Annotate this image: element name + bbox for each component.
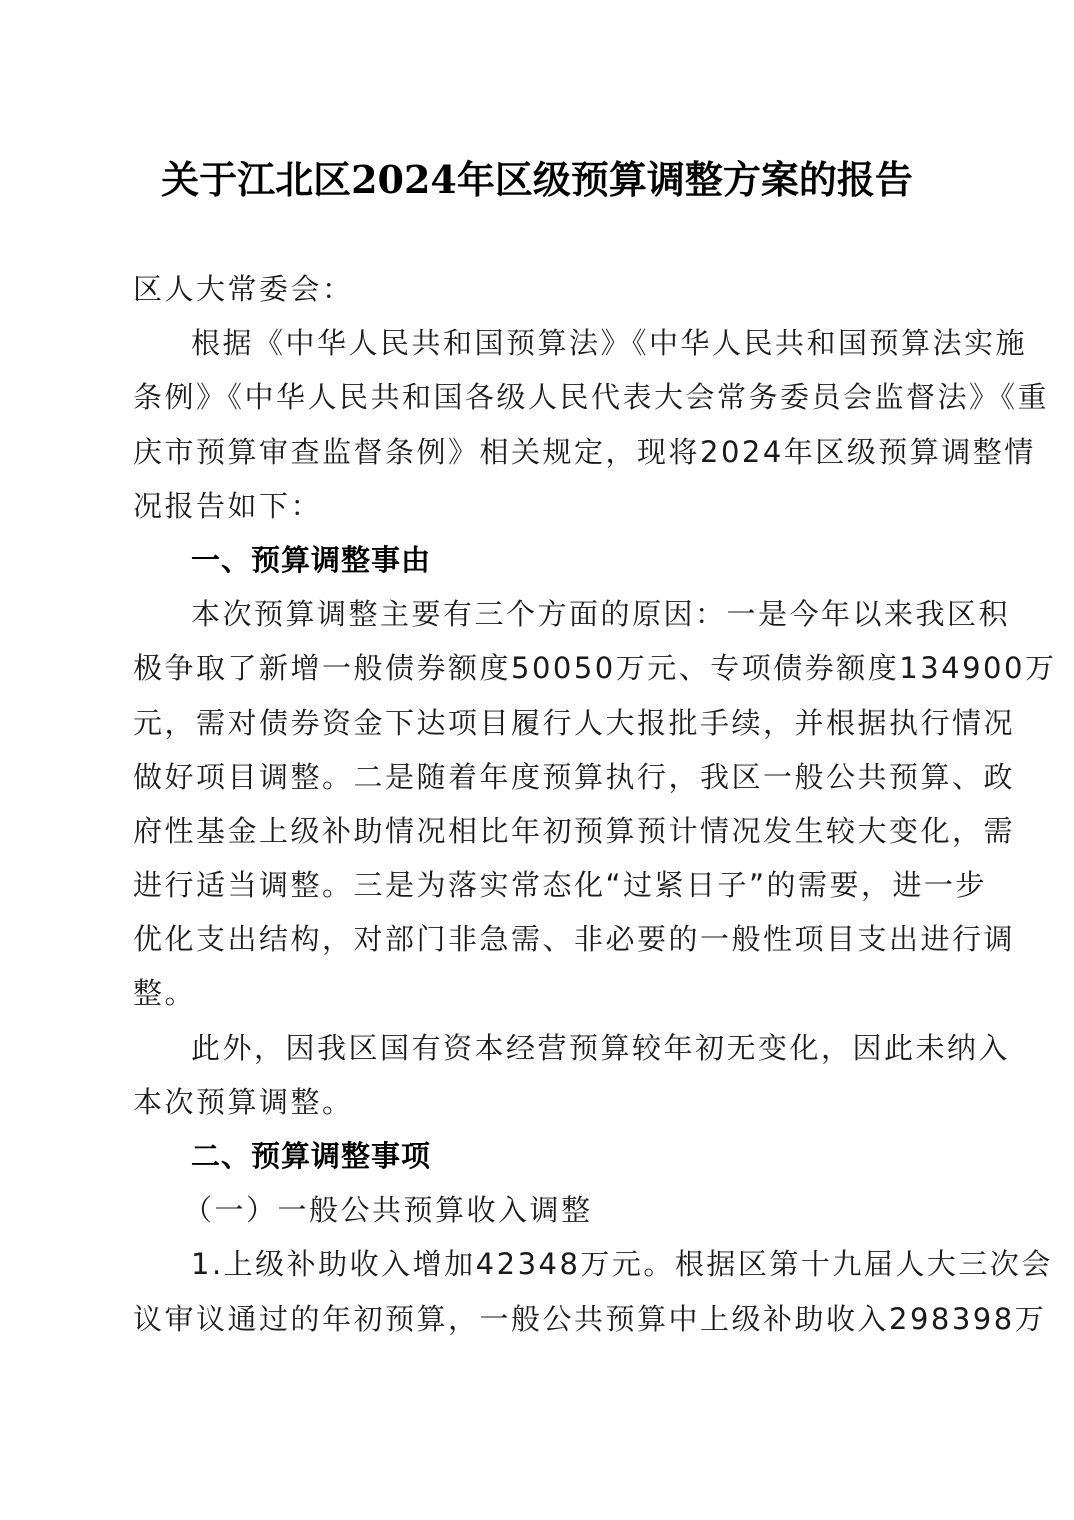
paragraph-line: 本次预算调整主要有三个方面的原因：一是今年以来我区积 bbox=[133, 587, 945, 641]
paragraph-line: 议审议通过的年初预算，一般公共预算中上级补助收入298398万 bbox=[133, 1292, 945, 1346]
section-heading: 二、预算调整事项 bbox=[133, 1129, 945, 1183]
salutation: 区人大常委会： bbox=[133, 262, 945, 316]
paragraph-line: 条例》《中华人民共和国各级人民代表大会常务委员会监督法》《重 bbox=[133, 370, 945, 424]
paragraph-line: 元，需对债券资金下达项目履行人大报批手续，并根据执行情况 bbox=[133, 696, 945, 750]
paragraph-line: 极争取了新增一般债券额度50050万元、专项债券额度134900万 bbox=[133, 641, 945, 695]
paragraph-line: 况报告如下： bbox=[133, 479, 945, 533]
paragraph-line: 此外，因我区国有资本经营预算较年初无变化，因此未纳入 bbox=[133, 1021, 945, 1075]
paragraph-line: 1.上级补助收入增加42348万元。根据区第十九届人大三次会 bbox=[133, 1237, 945, 1291]
document-page: 关于江北区2024年区级预算调整方案的报告 区人大常委会： 根据《中华人民共和国… bbox=[0, 0, 1074, 1520]
paragraph-line: 府性基金上级补助情况相比年初预算预计情况发生较大变化，需 bbox=[133, 804, 945, 858]
paragraph-line: 本次预算调整。 bbox=[133, 1075, 945, 1129]
paragraph-line: 优化支出结构，对部门非急需、非必要的一般性项目支出进行调 bbox=[133, 912, 945, 966]
subsection-heading: （一）一般公共预算收入调整 bbox=[133, 1183, 945, 1237]
paragraph-line: 根据《中华人民共和国预算法》《中华人民共和国预算法实施 bbox=[133, 316, 945, 370]
document-title: 关于江北区2024年区级预算调整方案的报告 bbox=[0, 150, 1074, 210]
paragraph-line: 整。 bbox=[133, 966, 945, 1020]
paragraph-line: 进行适当调整。三是为落实常态化“过紧日子”的需要，进一步 bbox=[133, 858, 945, 912]
section-heading: 一、预算调整事由 bbox=[133, 533, 945, 587]
paragraph-line: 做好项目调整。二是随着年度预算执行，我区一般公共预算、政 bbox=[133, 750, 945, 804]
paragraph-line: 庆市预算审查监督条例》相关规定，现将2024年区级预算调整情 bbox=[133, 425, 945, 479]
document-body: 区人大常委会： 根据《中华人民共和国预算法》《中华人民共和国预算法实施 条例》《… bbox=[133, 262, 945, 1346]
